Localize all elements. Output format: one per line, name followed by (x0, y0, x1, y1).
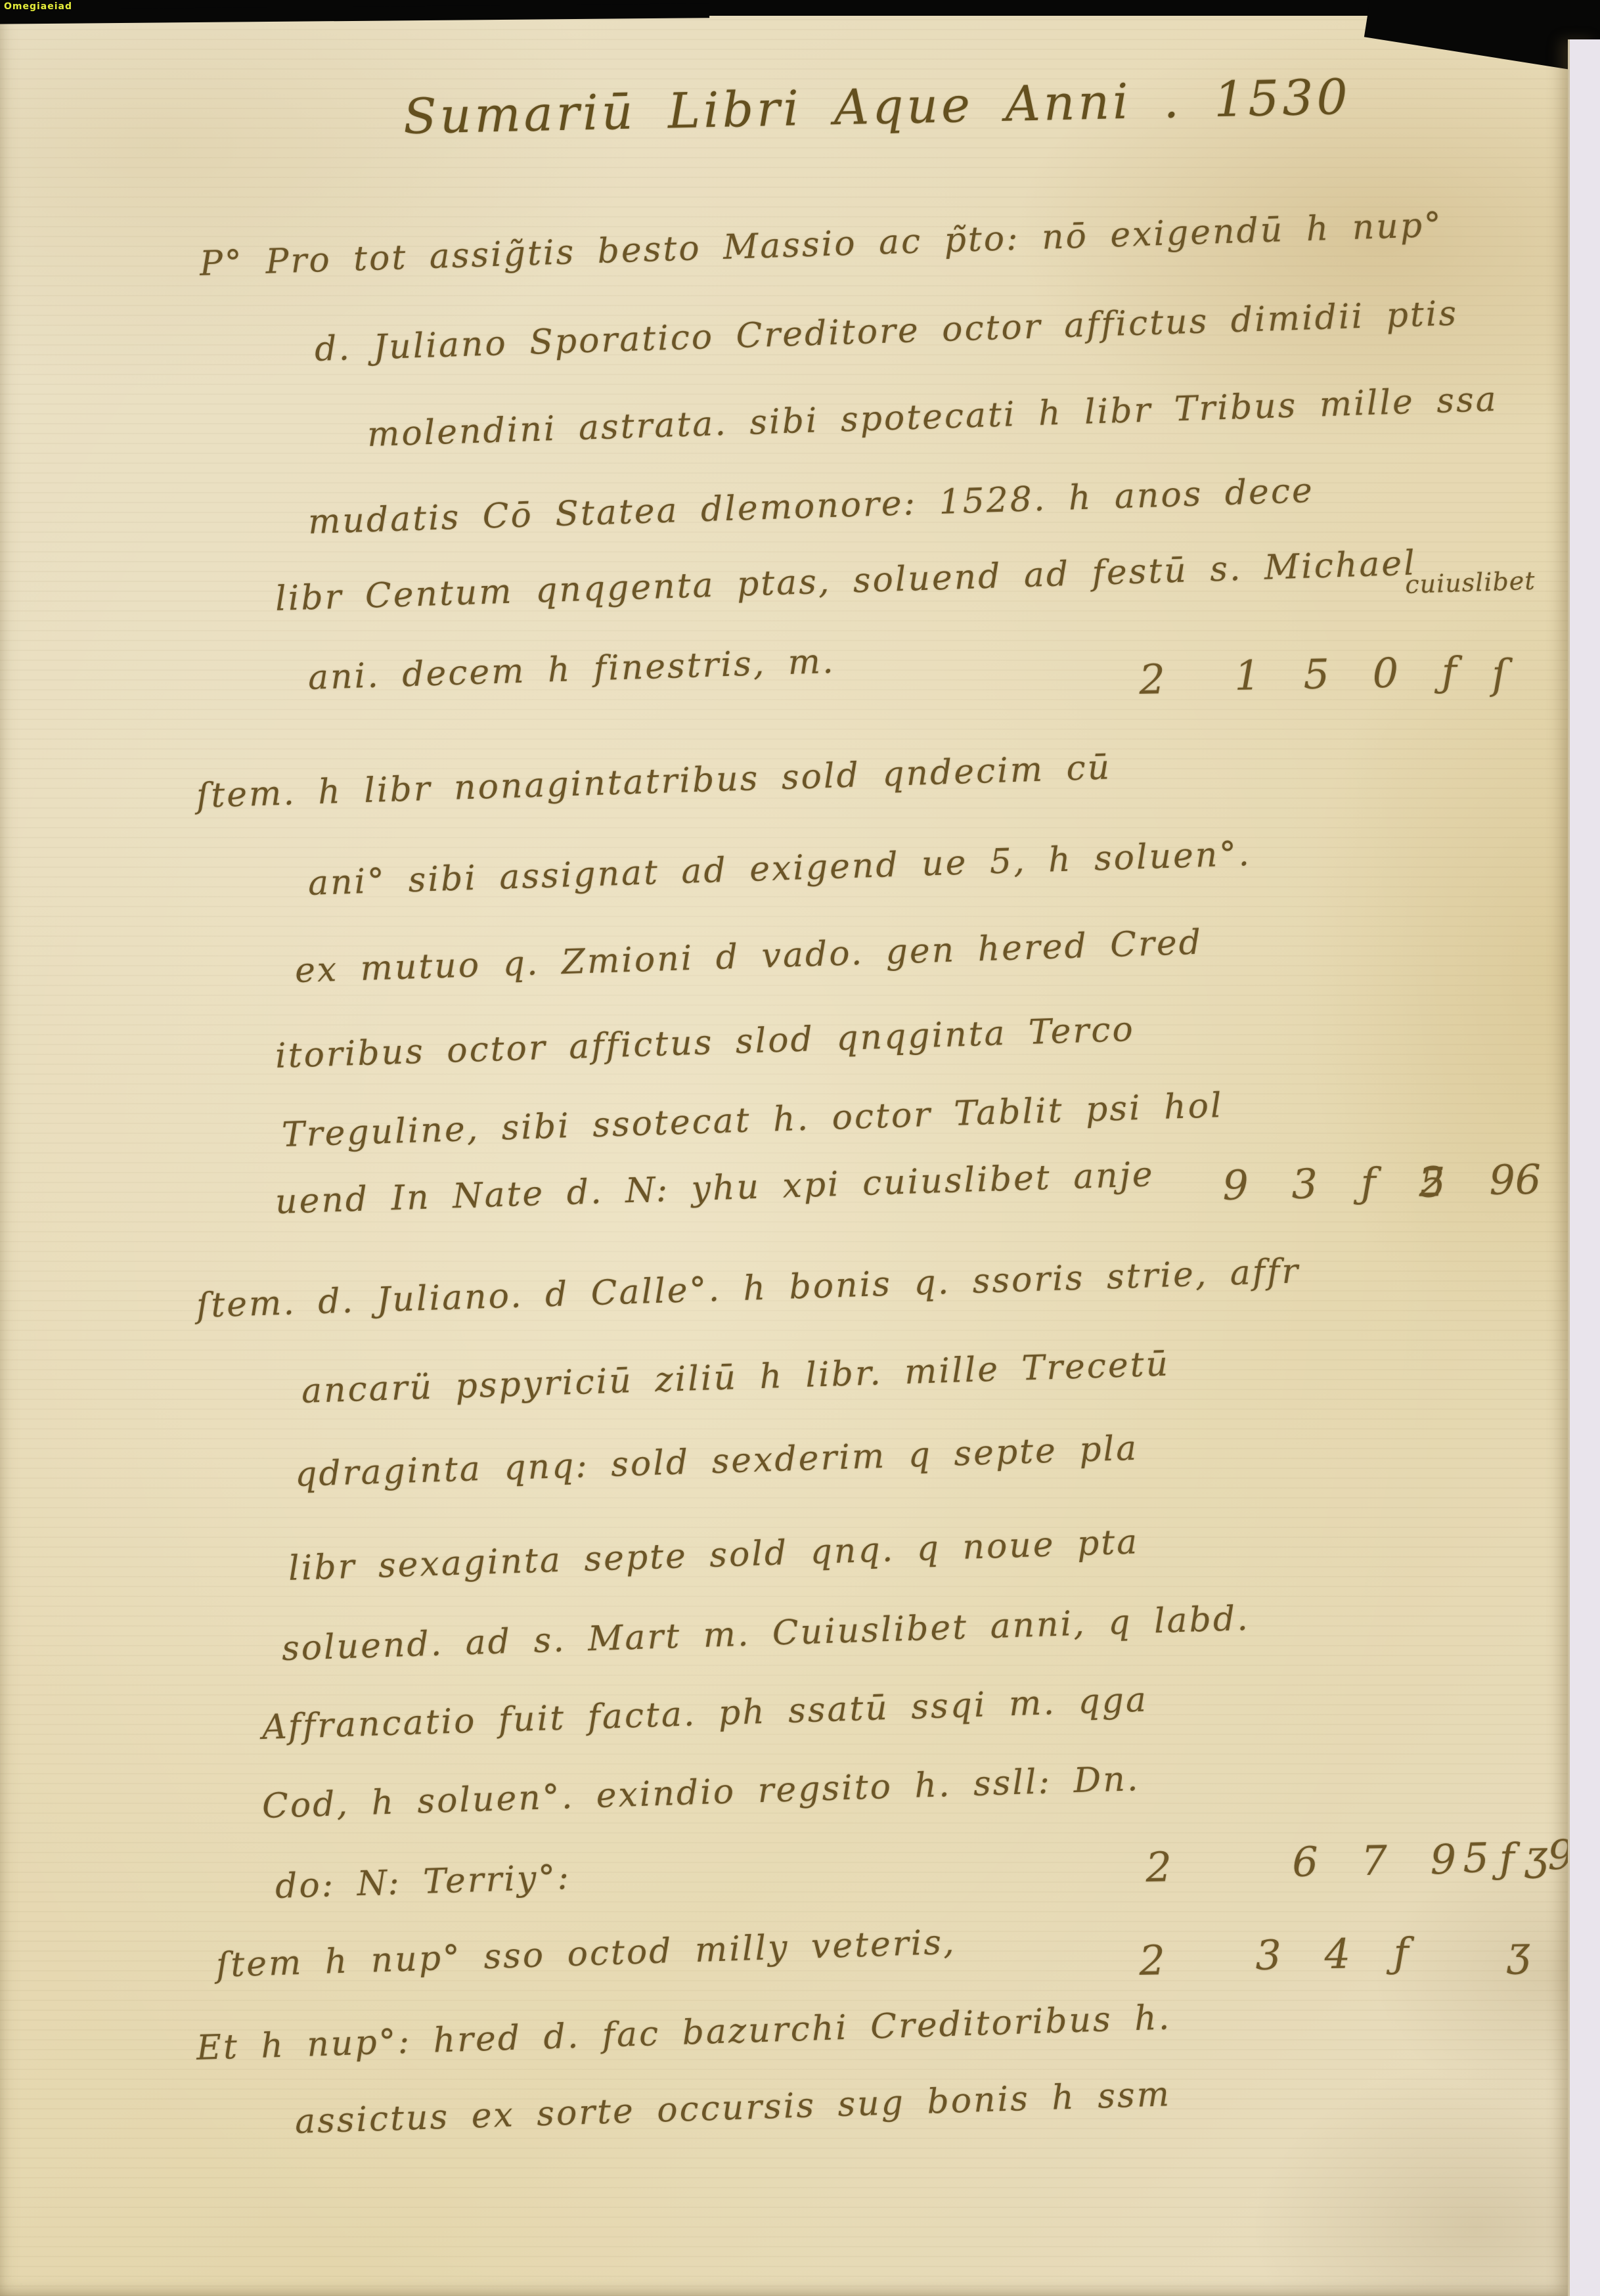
amount-denari: 96 (1489, 1156, 1542, 1204)
marginal-note: cuiuslibet (1405, 566, 1536, 599)
manuscript-scan: Omegiaeiad 64 Sumariū Libri Aque Anni . … (0, 0, 1600, 2296)
digitization-watermark: Omegiaeiad (4, 1, 72, 12)
amount-value: 6 7 9 ƒ (1292, 1834, 1526, 1886)
amount-soldi: 5 (1419, 1158, 1446, 1207)
amount-denari: ʒ (1507, 1927, 1530, 1975)
amount-value: 1 5 0 ƒ (1234, 648, 1468, 700)
amount-lire-symbol: 2 (1145, 1843, 1172, 1891)
amount-denari: ʒ9 (1524, 1831, 1574, 1880)
scan-corner-shadow (1570, 0, 1600, 39)
amount-soldi: 5 (1463, 1834, 1490, 1882)
amount-value: 3 4 ƒ (1255, 1929, 1420, 1979)
amount-lire-symbol: 2 (1139, 1936, 1166, 1985)
amount-lire-symbol: 2 (1139, 655, 1166, 704)
scanner-strip (1568, 39, 1600, 2296)
amount-denari: ſ (1492, 650, 1507, 698)
